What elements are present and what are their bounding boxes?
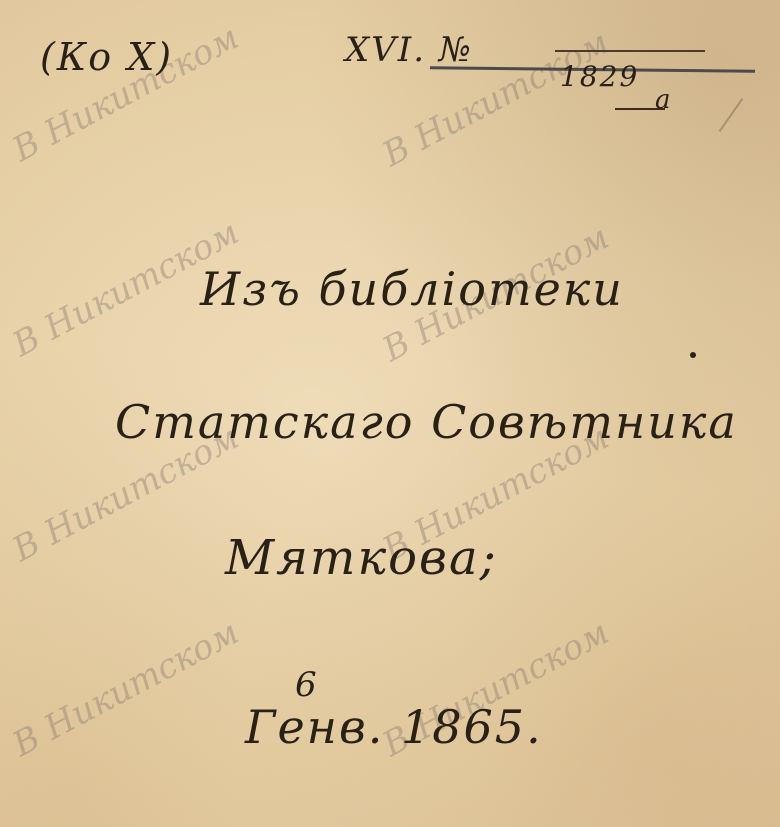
inscription-line-2: Статскаго Совѣтника — [115, 395, 738, 449]
underline — [555, 50, 705, 52]
inscription-line-3: Мяткова; — [225, 530, 498, 586]
catalog-number: 1829 — [560, 60, 639, 93]
inscription-day: 6 — [295, 665, 319, 705]
inscription-line-1: Изъ библіотеки — [200, 262, 624, 316]
pen-stroke — [719, 98, 744, 132]
catalog-suffix: а — [655, 85, 673, 115]
ink-dot — [690, 352, 696, 358]
shelfmark: (Ко Х) — [40, 35, 173, 79]
shelf-number: XVI. № — [345, 30, 473, 70]
inscription-date: Генв. 1865. — [245, 700, 543, 754]
document-page: В Никитском В Никитском В Никитском В Ни… — [0, 0, 780, 827]
watermark: В Никитском — [6, 612, 245, 765]
